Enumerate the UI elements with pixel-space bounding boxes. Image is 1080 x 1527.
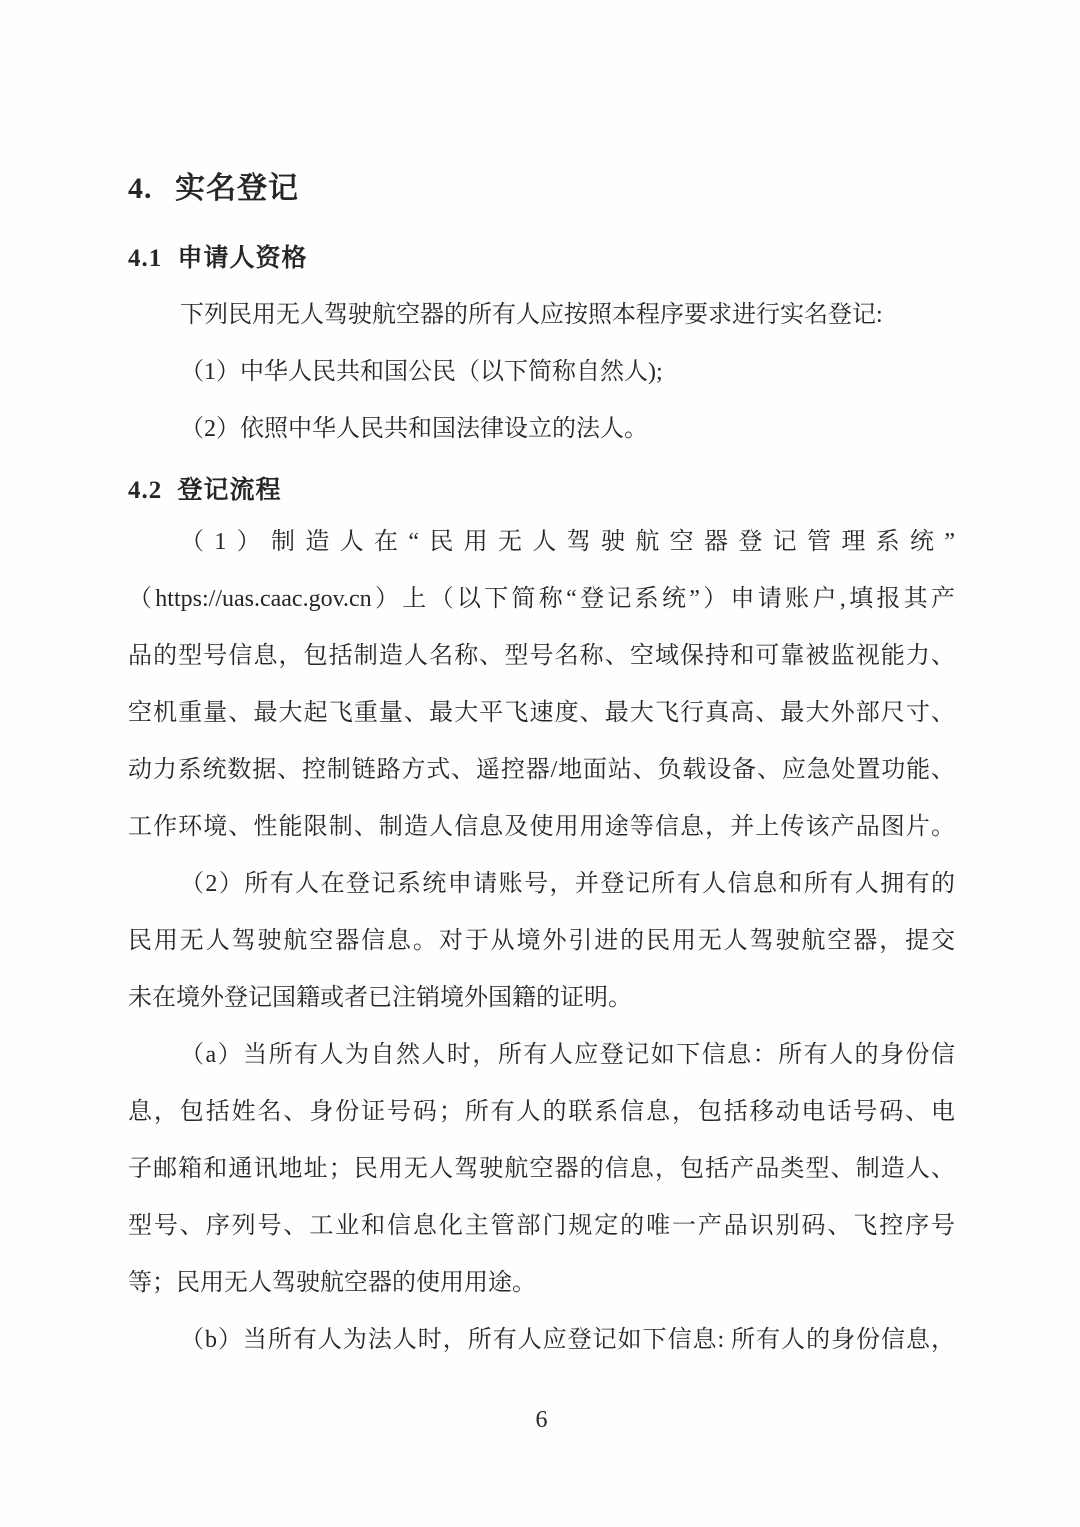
heading-4-2: 4.2 登记流程 xyxy=(128,475,955,506)
paragraph-line: 型号、序列号、工业和信息化主管部门规定的唯一产品识别码、飞控序号 xyxy=(128,1198,955,1255)
paragraph-line: 息，包括姓名、身份证号码；所有人的联系信息，包括移动电话号码、电 xyxy=(128,1084,955,1141)
paragraph-line: 民用无人驾驶航空器信息。对于从境外引进的民用无人驾驶航空器，提交 xyxy=(128,913,955,970)
paragraph-line: 空机重量、最大起飞重量、最大平飞速度、最大飞行真高、最大外部尺寸、 xyxy=(128,685,955,742)
section-4-1-body: 下列民用无人驾驶航空器的所有人应按照本程序要求进行实名登记: （1）中华人民共和… xyxy=(128,287,955,458)
paragraph-line: 子邮箱和通讯地址；民用无人驾驶航空器的信息，包括产品类型、制造人、 xyxy=(128,1141,955,1198)
paragraph-line: （1）制造人在“民用无人驾驶航空器登记管理系统” xyxy=(128,514,955,571)
heading-4-1: 4.1 申请人资格 xyxy=(128,243,955,274)
page-number: 6 xyxy=(128,1405,955,1435)
paragraph-line: （2）所有人在登记系统申请账号，并登记所有人信息和所有人拥有的 xyxy=(128,856,955,913)
paragraph-line: （1）中华人民共和国公民（以下简称自然人); xyxy=(128,344,955,401)
paragraph-line: 等；民用无人驾驶航空器的使用用途。 xyxy=(128,1255,955,1312)
paragraph-line: 未在境外登记国籍或者已注销境外国籍的证明。 xyxy=(128,970,955,1027)
section-4-2-body: （1）制造人在“民用无人驾驶航空器登记管理系统” （https://uas.ca… xyxy=(128,514,955,1369)
paragraph-line: 品的型号信息，包括制造人名称、型号名称、空域保持和可靠被监视能力、 xyxy=(128,628,955,685)
document-page: 4. 实名登记 4.1 申请人资格 下列民用无人驾驶航空器的所有人应按照本程序要… xyxy=(0,0,1080,1527)
paragraph-line: （2）依照中华人民共和国法律设立的法人。 xyxy=(128,401,955,458)
heading-4: 4. 实名登记 xyxy=(128,0,955,206)
paragraph-line: 动力系统数据、控制链路方式、遥控器/地面站、负载设备、应急处置功能、 xyxy=(128,742,955,799)
paragraph-line: 下列民用无人驾驶航空器的所有人应按照本程序要求进行实名登记: xyxy=(128,287,955,344)
paragraph-line: 工作环境、性能限制、制造人信息及使用用途等信息，并上传该产品图片。 xyxy=(128,799,955,856)
paragraph-line: （https://uas.caac.gov.cn）上（以下简称“登记系统”）申请… xyxy=(128,571,955,628)
paragraph-line: （b）当所有人为法人时，所有人应登记如下信息: 所有人的身份信息， xyxy=(128,1312,955,1369)
paragraph-line: （a）当所有人为自然人时，所有人应登记如下信息：所有人的身份信 xyxy=(128,1027,955,1084)
